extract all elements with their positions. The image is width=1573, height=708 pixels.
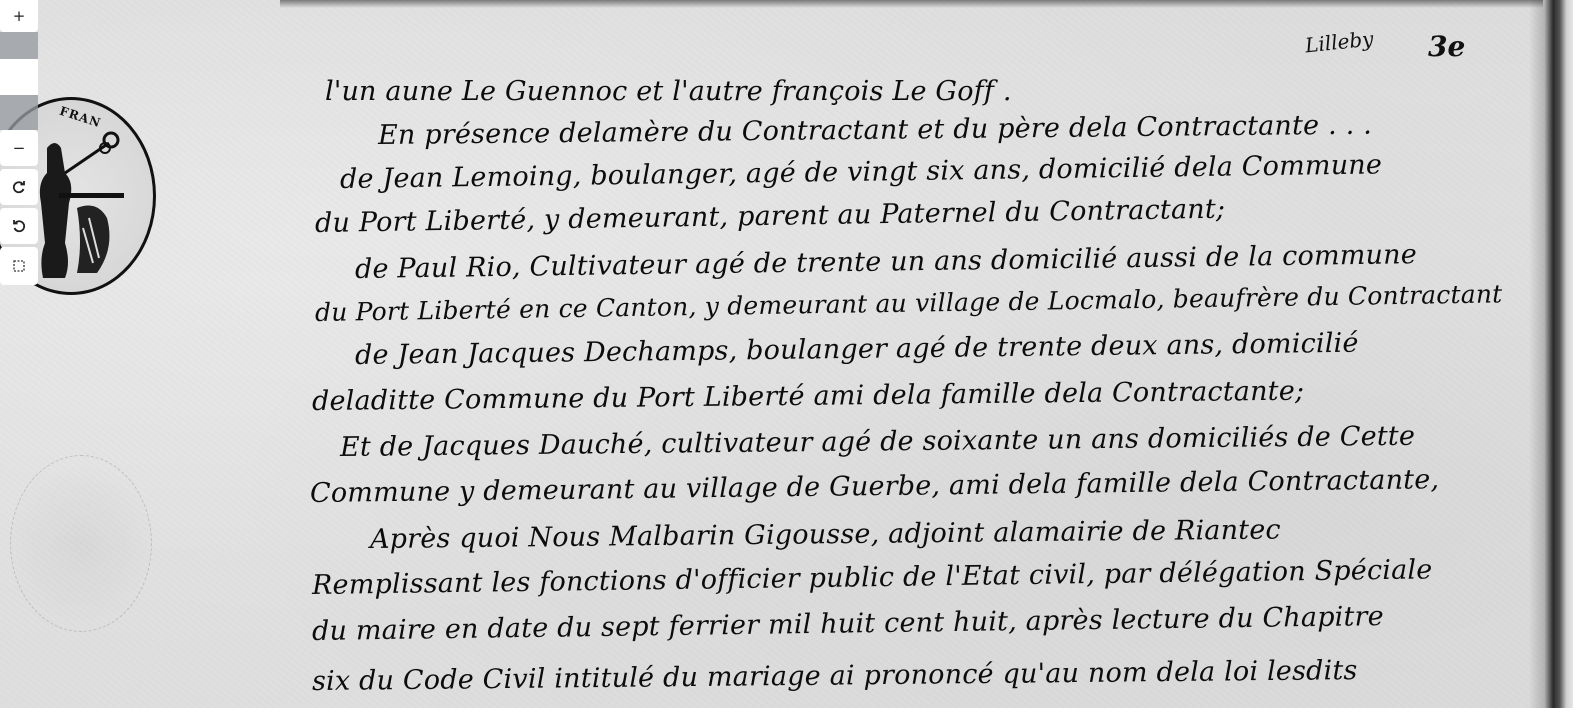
manuscript-line: du maire en date du sept ferrier mil hui… (312, 601, 1384, 647)
zoom-out-button[interactable]: − (0, 130, 38, 166)
manuscript-line: Commune y demeurant au village de Guerbe… (310, 464, 1440, 509)
manuscript-line: de Jean Jacques Dechamps, boulanger agé … (355, 328, 1359, 371)
zoom-slider[interactable] (0, 32, 38, 130)
rotate-clockwise-icon (12, 180, 26, 194)
rotate-counterclockwise-icon (12, 219, 26, 233)
scanned-page[interactable]: FRAN Lilleby 3e l'un aune Le Guennoc et … (0, 0, 1573, 708)
manuscript-line: Et de Jacques Dauché, cultivateur agé de… (340, 421, 1415, 463)
rotate-left-button[interactable] (0, 208, 38, 244)
manuscript-line: Remplissant les fonctions d'officier pub… (312, 554, 1433, 601)
manuscript-line: Après quoi Nous Malbarin Gigousse, adjoi… (370, 514, 1281, 555)
manuscript-line: de Paul Rio, Cultivateur agé de trente u… (355, 239, 1417, 285)
manuscript-line: l'un aune Le Guennoc et l'autre françois… (325, 76, 1012, 107)
manuscript-line: deladitte Commune du Port Liberté ami de… (312, 376, 1305, 417)
fit-view-button[interactable] (0, 247, 38, 285)
minus-icon: − (13, 139, 26, 157)
plus-icon: + (13, 7, 26, 25)
manuscript-line: six du Code Civil intitulé du mariage ai… (312, 655, 1358, 697)
selection-frame-icon (13, 260, 25, 272)
manuscript-line: du Port Liberté, y demeurant, parent au … (315, 194, 1226, 239)
document-viewer: FRAN Lilleby 3e l'un aune Le Guennoc et … (0, 0, 1573, 708)
manuscript-line: En présence delamère du Contractant et d… (378, 110, 1372, 151)
rotate-right-button[interactable] (0, 169, 38, 205)
manuscript-line: de Jean Lemoing, boulanger, agé de vingt… (340, 149, 1383, 195)
manuscript-text: l'un aune Le Guennoc et l'autre françois… (0, 0, 1573, 708)
zoom-in-button[interactable]: + (0, 0, 38, 32)
zoom-slider-handle[interactable] (0, 59, 38, 95)
viewer-toolbar: + − (0, 0, 38, 285)
manuscript-line: du Port Liberté en ce Canton, y demeuran… (315, 279, 1503, 327)
